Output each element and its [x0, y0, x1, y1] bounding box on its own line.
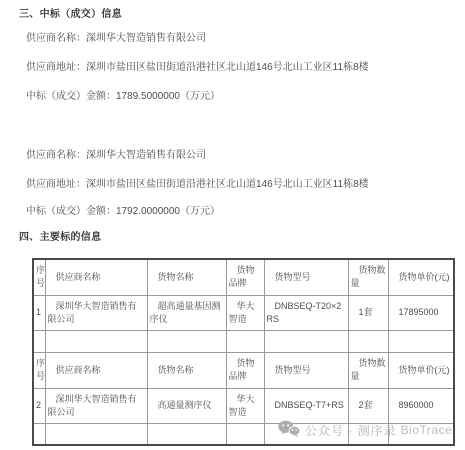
empty-cell: [388, 330, 454, 352]
empty-cell: [226, 423, 264, 445]
cell-brand: 华大智造: [226, 388, 264, 423]
supplier-name-label: 供应商名称：: [26, 150, 86, 161]
header-cell-supplier: 供应商名称: [45, 352, 147, 388]
award-amount-value: 1789.5000000（万元）: [116, 91, 220, 102]
cell-supplier: 深圳华大智造销售有限公司: [45, 388, 147, 423]
supplier-name-value: 深圳华大智造销售有限公司: [86, 33, 206, 44]
table-data-row-1: 1 深圳华大智造销售有限公司 超高通量基因测序仪 华大智造 DNBSEQ-T20…: [33, 295, 454, 330]
cell-seq: 1: [33, 295, 45, 330]
empty-cell: [226, 330, 264, 352]
empty-cell: [147, 423, 226, 445]
supplier-name-label: 供应商名称：: [26, 33, 86, 44]
header-cell-model: 货物型号: [264, 259, 348, 295]
header-cell-goods-name: 货物名称: [147, 259, 226, 295]
header-cell-seq: 序号: [33, 352, 45, 388]
supplier-name-value: 深圳华大智造销售有限公司: [86, 150, 206, 161]
supplier-name-line-2: 供应商名称：深圳华大智造销售有限公司: [26, 146, 206, 161]
cell-unit-price: 17895000: [388, 295, 454, 330]
award-amount-line-2: 中标（成交）金额：1792.0000000（万元）: [26, 202, 220, 217]
cell-unit-price: 8960000: [388, 388, 454, 423]
supplier-address-label: 供应商地址：: [26, 179, 86, 190]
cell-quantity: 1套: [348, 295, 388, 330]
empty-cell: [33, 330, 45, 352]
empty-cell: [348, 330, 388, 352]
supplier-address-label: 供应商地址：: [26, 62, 86, 73]
watermark-text-cn: 公众号 · 测序录: [305, 422, 397, 439]
wechat-icon: [278, 420, 300, 440]
cell-brand: 华大智造: [226, 295, 264, 330]
cell-quantity: 2套: [348, 388, 388, 423]
award-amount-line-1: 中标（成交）金额：1789.5000000（万元）: [26, 87, 220, 102]
supplier-address-line-2: 供应商地址：深圳市盐田区盐田街道沿港社区北山道146号北山工业区11栋8楼: [26, 175, 369, 190]
header-cell-supplier: 供应商名称: [45, 259, 147, 295]
cell-model: DNBSEQ-T7+RS: [264, 388, 348, 423]
supplier-address-line-1: 供应商地址：深圳市盐田区盐田街道沿港社区北山道146号北山工业区11栋8楼: [26, 58, 369, 73]
empty-cell: [45, 423, 147, 445]
section4-heading: 四、主要标的信息: [19, 228, 101, 243]
empty-cell: [147, 330, 226, 352]
table-header-row: 序号 供应商名称 货物名称 货物品牌 货物型号 货物数量 货物单价(元): [33, 259, 454, 295]
main-subject-table: 序号 供应商名称 货物名称 货物品牌 货物型号 货物数量 货物单价(元) 1 深…: [32, 258, 455, 446]
section3-heading: 三、中标（成交）信息: [19, 5, 122, 20]
cell-seq: 2: [33, 388, 45, 423]
header-cell-quantity: 货物数量: [348, 259, 388, 295]
table-data-row-2: 2 深圳华大智造销售有限公司 高通量测序仪 华大智造 DNBSEQ-T7+RS …: [33, 388, 454, 423]
supplier-address-value: 深圳市盐田区盐田街道沿港社区北山道146号北山工业区11栋8楼: [86, 179, 369, 190]
header-cell-goods-name: 货物名称: [147, 352, 226, 388]
empty-cell: [33, 423, 45, 445]
award-amount-label: 中标（成交）金额：: [26, 91, 116, 102]
header-cell-model: 货物型号: [264, 352, 348, 388]
award-amount-value: 1792.0000000（万元）: [116, 206, 220, 217]
header-cell-brand: 货物品牌: [226, 352, 264, 388]
table-empty-row: [33, 330, 454, 352]
header-cell-quantity: 货物数量: [348, 352, 388, 388]
cell-goods-name: 超高通量基因测序仪: [147, 295, 226, 330]
watermark-text-en: BioTrace: [401, 423, 453, 437]
cell-supplier: 深圳华大智造销售有限公司: [45, 295, 147, 330]
empty-cell: [264, 330, 348, 352]
cell-goods-name: 高通量测序仪: [147, 388, 226, 423]
supplier-address-value: 深圳市盐田区盐田街道沿港社区北山道146号北山工业区11栋8楼: [86, 62, 369, 73]
header-cell-brand: 货物品牌: [226, 259, 264, 295]
empty-cell: [45, 330, 147, 352]
header-cell-seq: 序号: [33, 259, 45, 295]
cell-model: DNBSEQ-T20×2RS: [264, 295, 348, 330]
header-cell-unit-price: 货物单价(元): [388, 352, 454, 388]
table-header-row: 序号 供应商名称 货物名称 货物品牌 货物型号 货物数量 货物单价(元): [33, 352, 454, 388]
wechat-watermark: 公众号 · 测序录 BioTrace: [278, 420, 452, 440]
supplier-name-line-1: 供应商名称：深圳华大智造销售有限公司: [26, 29, 206, 44]
header-cell-unit-price: 货物单价(元): [388, 259, 454, 295]
procurement-announcement-document: 三、中标（成交）信息 供应商名称：深圳华大智造销售有限公司 供应商地址：深圳市盐…: [0, 0, 465, 450]
award-amount-label: 中标（成交）金额：: [26, 206, 116, 217]
